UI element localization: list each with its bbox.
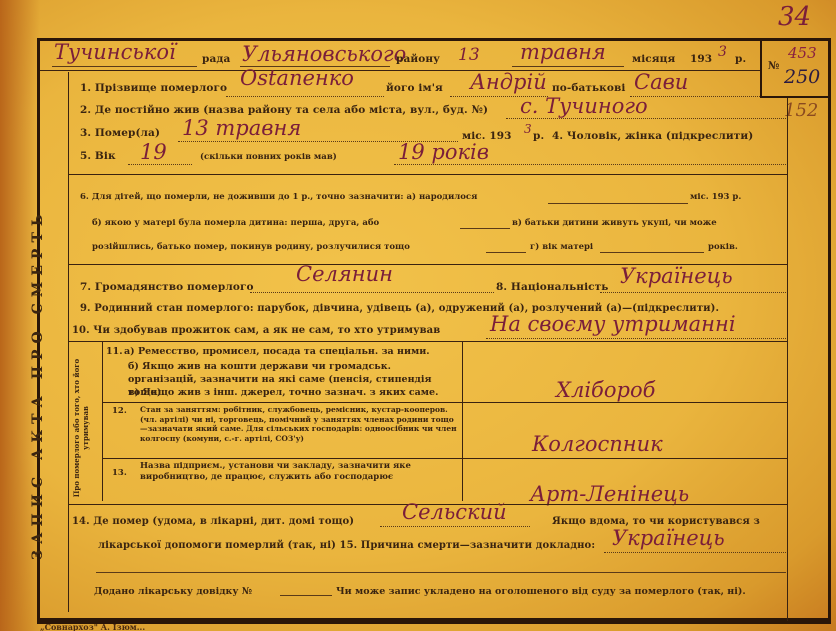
f6-line2: б) якою у матері була померла дитина: пе… [92,218,379,228]
bottom-border [37,621,831,624]
f11-a: а) Ремесство, промисел, посада та спеціа… [124,346,430,357]
year-value: 3 [718,44,727,60]
f15-label: лікарської допомоги померлий (так, ні) 1… [98,540,595,551]
f5-value2: 19 років [398,140,489,164]
council-value: Тучинської [54,40,176,64]
title-column-divider [68,72,69,612]
f7-label: 7. Громадянство померлого [80,281,254,293]
f11-c: в) Якщо жив з інш. джерел, точно зазнач.… [128,387,438,398]
footer-left: Додано лікарську довідку № [94,586,252,597]
f14-value: Сельский [402,500,507,524]
f6-line3: розійшлись, батько помер, покинув родину… [92,242,410,252]
f3-label: 3. Помер(ла) [80,127,160,139]
side-note: Про померлого або того, хто його утримув… [72,358,90,498]
margin-note: 152 [784,100,818,121]
f14-label: 14. Де помер (удома, в лікарні, дит. дом… [72,516,354,527]
f3-value: 13 травня [182,116,301,140]
page-number: 34 [778,2,811,32]
f1-surname: Оstaпенко [240,66,354,90]
bottom-fragment: „Совнархоз" А. Ізюм... [40,622,145,631]
footer-right: Чи може запис укладено на оголошеного ві… [336,586,746,597]
district-label: району [396,53,440,65]
year-label: 193 [690,53,712,65]
day-value: 13 [458,45,480,65]
f1-label: 1. Прізвище померлого [80,82,227,94]
f8-label: 8. Національність [496,281,609,293]
f10-value: На своєму утриманні [490,312,736,336]
f1-name: Андрій [470,70,547,94]
month-value: травня [520,40,606,64]
f12-text: Стан за заняттям: робітник, службовець, … [140,405,458,443]
right-column-divider [787,98,788,621]
f10-label: 10. Чи здобував прожиток сам, а як не са… [72,325,440,336]
f11-value: Хлібороб [556,378,655,402]
f4-label: 4. Чоловік, жінка (підкреслити) [552,130,753,142]
f8-value: Українець [620,264,733,288]
f13-value: Арт-Ленінець [530,482,689,506]
council-label: рада [202,53,230,65]
f6-line1: 6. Для дітей, що померли, не доживши до … [80,192,477,202]
f2-label: 2. Де постійно жив (назва району та села… [80,104,488,116]
district-value: Ульяновського [242,42,406,66]
f5-value: 19 [140,140,167,164]
f5-label: 5. Вік [80,150,116,162]
record-number-box: № 453 250 [760,38,831,98]
vertical-title: ЗАПИС АКТА ПРО СМЕРТЬ [30,209,46,560]
f15-value: Українець [612,526,725,550]
f1-patronymic: Сави [634,70,688,94]
f7-value: Селянин [296,262,393,286]
f13-text: Назва підприєм., установи чи закладу, за… [140,461,458,483]
f12-value: Колгоспник [532,432,663,456]
f2-value: с. Тучиного [520,94,648,118]
